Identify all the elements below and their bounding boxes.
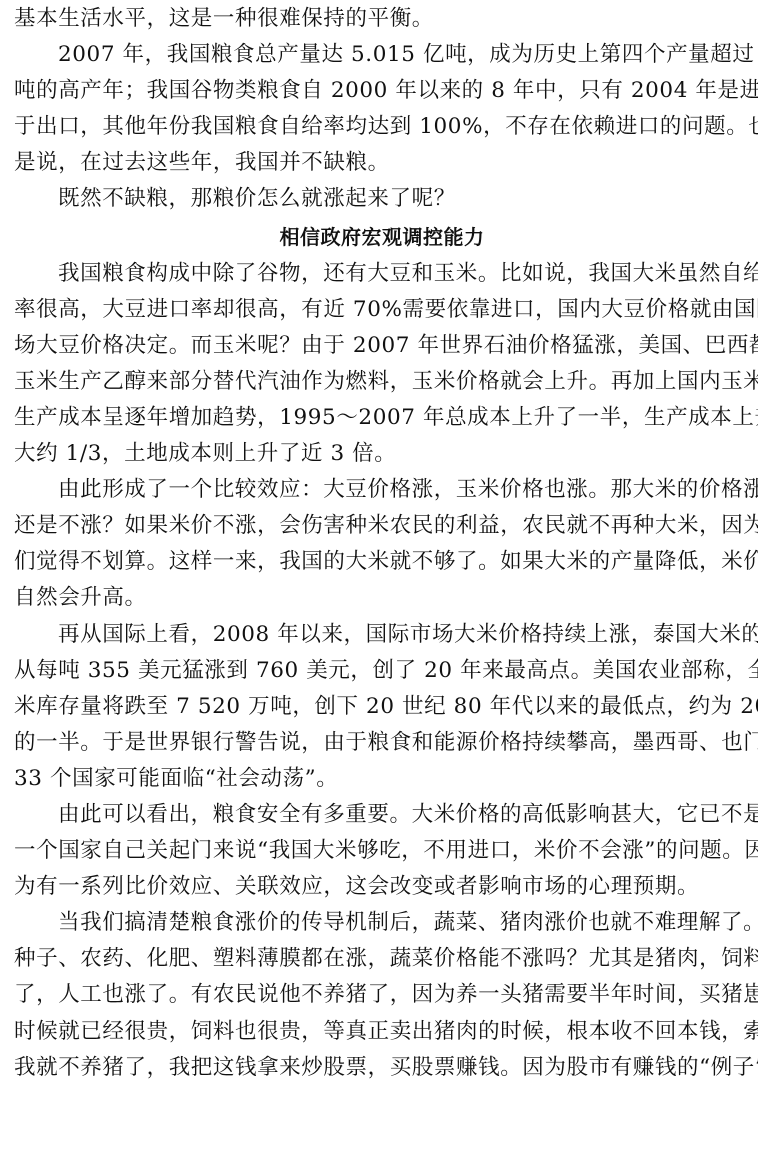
text-line: 时候就已经很贵，饲料也很贵，等真正卖出猪肉的时候，根本收不回本钱，索性 (14, 1014, 750, 1050)
text-line: 33 个国家可能面临“社会动荡”。 (14, 761, 750, 797)
text-line: 的一半。于是世界银行警告说，由于粮食和能源价格持续攀高，墨西哥、也门等 (14, 725, 750, 761)
paragraph-soy-corn: 我国粮食构成中除了谷物，还有大豆和玉米。比如说，我国大米虽然自给 率很高，大豆进… (14, 256, 750, 473)
text-line: 玉米生产乙醇来部分替代汽油作为燃料，玉米价格就会上升。再加上国内玉米 (14, 364, 750, 400)
document-page: 基本生活水平，这是一种很难保持的平衡。 2007 年，我国粮食总产量达 5.01… (14, 1, 750, 1086)
text-line: 从每吨 355 美元猛涨到 760 美元，创了 20 年来最高点。美国农业部称，… (14, 653, 750, 689)
text-line: 由此形成了一个比较效应：大豆价格涨，玉米价格也涨。那大米的价格涨 (14, 472, 750, 508)
paragraph-comparison-effect: 由此形成了一个比较效应：大豆价格涨，玉米价格也涨。那大米的价格涨 还是不涨？如果… (14, 472, 750, 616)
text-line: 吨的高产年；我国谷物类粮食自 2000 年以来的 8 年中，只有 2004 年是… (14, 73, 750, 109)
text-line: 率很高，大豆进口率却很高，有近 70%需要依靠进口，国内大豆价格就由国际市 (14, 292, 750, 328)
text-line: 2007 年，我国粮食总产量达 5.015 亿吨，成为历史上第四个产量超过 5 … (14, 37, 750, 73)
text-line: 自然会升高。 (14, 580, 750, 616)
text-line: 了，人工也涨了。有农民说他不养猪了，因为养一头猪需要半年时间，买猪崽的 (14, 977, 750, 1013)
text-line: 们觉得不划算。这样一来，我国的大米就不够了。如果大米的产量降低，米价 (14, 544, 750, 580)
paragraph-international-rice: 再从国际上看，2008 年以来，国际市场大米价格持续上涨，泰国大米的价格 从每吨… (14, 617, 750, 797)
text-line: 再从国际上看，2008 年以来，国际市场大米价格持续上涨，泰国大米的价格 (14, 617, 750, 653)
text-line: 还是不涨？如果米价不涨，会伤害种米农民的利益，农民就不再种大米，因为他 (14, 508, 750, 544)
text-line: 一个国家自己关起门来说“我国大米够吃，不用进口，米价不会涨”的问题。因 (14, 833, 750, 869)
text-line: 为有一系列比价效应、关联效应，这会改变或者影响市场的心理预期。 (14, 869, 750, 905)
text-line: 由此可以看出，粮食安全有多重要。大米价格的高低影响甚大，它已不是 (14, 797, 750, 833)
text-line: 于出口，其他年份我国粮食自给率均达到 100%，不存在依赖进口的问题。也就 (14, 109, 750, 145)
text-line: 米库存量将跌至 7 520 万吨，创下 20 世纪 80 年代以来的最低点，约为… (14, 689, 750, 725)
text-line: 生产成本呈逐年增加趋势，1995～2007 年总成本上升了一半，生产成本上升了 (14, 400, 750, 436)
paragraph-grain-output-2007: 2007 年，我国粮食总产量达 5.015 亿吨，成为历史上第四个产量超过 5 … (14, 37, 750, 181)
text-line: 大约 1/3，土地成本则上升了近 3 倍。 (14, 436, 750, 472)
text-line: 基本生活水平，这是一种很难保持的平衡。 (14, 1, 750, 37)
text-line: 场大豆价格决定。而玉米呢？由于 2007 年世界石油价格猛涨，美国、巴西都用 (14, 328, 750, 364)
paragraph-vegetables-pork: 当我们搞清楚粮食涨价的传导机制后，蔬菜、猪肉涨价也就不难理解了。 种子、农药、化… (14, 905, 750, 1085)
section-heading: 相信政府宏观调控能力 (14, 218, 750, 256)
text-line: 既然不缺粮，那粮价怎么就涨起来了呢？ (14, 181, 750, 217)
paragraph-continuation: 基本生活水平，这是一种很难保持的平衡。 (14, 1, 750, 37)
text-line: 是说，在过去这些年，我国并不缺粮。 (14, 145, 750, 181)
text-line: 我国粮食构成中除了谷物，还有大豆和玉米。比如说，我国大米虽然自给 (14, 256, 750, 292)
text-line: 我就不养猪了，我把这钱拿来炒股票，买股票赚钱。因为股市有赚钱的“例子”， (14, 1050, 750, 1086)
text-line: 种子、农药、化肥、塑料薄膜都在涨，蔬菜价格能不涨吗？尤其是猪肉，饲料涨 (14, 941, 750, 977)
paragraph-question: 既然不缺粮，那粮价怎么就涨起来了呢？ (14, 181, 750, 217)
paragraph-food-security: 由此可以看出，粮食安全有多重要。大米价格的高低影响甚大，它已不是 一个国家自己关… (14, 797, 750, 905)
text-line: 当我们搞清楚粮食涨价的传导机制后，蔬菜、猪肉涨价也就不难理解了。 (14, 905, 750, 941)
